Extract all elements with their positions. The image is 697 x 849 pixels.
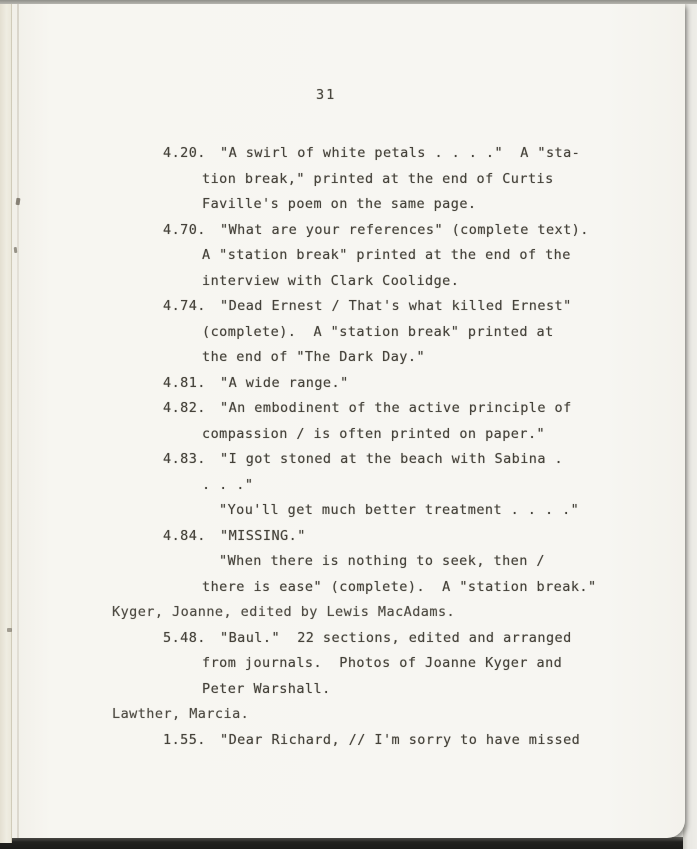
bibliography-entry-line: 4.82."An embodinent of the active princi… [0,396,697,422]
bibliography-line: Lawther, Marcia. [0,702,697,728]
entry-text: Kyger, Joanne, edited by Lewis MacAdams. [112,604,455,620]
entry-text: "When there is nothing to seek, then / [219,553,545,569]
bibliography-line: . . ." [0,473,697,499]
bibliography-line: (complete). A "station break" printed at [0,320,697,346]
entry-text: "Baul." 22 sections, edited and arranged [220,630,572,646]
bibliography-entry-line: 4.81."A wide range." [0,371,697,397]
bibliography-line: there is ease" (complete). A "station br… [0,575,697,601]
bibliography-line: "When there is nothing to seek, then / [0,549,697,575]
entry-text: (complete). A "station break" printed at [202,324,554,340]
bibliography-line: compassion / is often printed on paper." [0,422,697,448]
scan-bottom-edge [0,837,697,849]
bibliography-entry-line: 1.55."Dear Richard, // I'm sorry to have… [0,728,697,754]
entry-number: 4.81. [163,371,220,397]
entry-text: "A swirl of white petals . . . ." A "sta… [220,145,580,161]
entry-text: A "station break" printed at the end of … [202,247,571,263]
entry-number: 5.48. [163,626,220,652]
bibliography-line: A "station break" printed at the end of … [0,243,697,269]
bibliography-line: Faville's poem on the same page. [0,192,697,218]
entry-text: Peter Warshall. [202,681,331,697]
bibliography-entry-line: 4.70."What are your references" (complet… [0,218,697,244]
page-number: 31 [316,87,336,103]
entry-text: Lawther, Marcia. [112,706,249,722]
entry-number: 4.74. [163,294,220,320]
entry-text: "I got stoned at the beach with Sabina . [220,451,563,467]
bibliography-line: "You'll get much better treatment . . . … [0,498,697,524]
entry-number: 4.83. [163,447,220,473]
entry-text: interview with Clark Coolidge. [202,273,459,289]
bibliography-line: the end of "The Dark Day." [0,345,697,371]
bibliography-line: tion break," printed at the end of Curti… [0,167,697,193]
entry-text: . . ." [202,477,253,493]
entry-text: "An embodinent of the active principle o… [220,400,572,416]
bibliography-entry-line: 5.48."Baul." 22 sections, edited and arr… [0,626,697,652]
entry-text: from journals. Photos of Joanne Kyger an… [202,655,562,671]
entry-text: "You'll get much better treatment . . . … [219,502,579,518]
bibliography-text: 4.20."A swirl of white petals . . . ." A… [0,141,697,753]
bibliography-line: Peter Warshall. [0,677,697,703]
entry-text: "MISSING." [220,528,306,544]
entry-text: the end of "The Dark Day." [202,349,425,365]
entry-text: Faville's poem on the same page. [202,196,477,212]
bibliography-line: interview with Clark Coolidge. [0,269,697,295]
entry-number: 1.55. [163,728,220,754]
entry-number: 4.84. [163,524,220,550]
bibliography-entry-line: 4.74."Dead Ernest / That's what killed E… [0,294,697,320]
entry-text: "Dead Ernest / That's what killed Ernest… [220,298,572,314]
entry-number: 4.70. [163,218,220,244]
entry-text: there is ease" (complete). A "station br… [202,579,597,595]
bibliography-line: Kyger, Joanne, edited by Lewis MacAdams. [0,600,697,626]
entry-number: 4.20. [163,141,220,167]
entry-text: "What are your references" (complete tex… [220,222,589,238]
bibliography-entry-line: 4.83."I got stoned at the beach with Sab… [0,447,697,473]
entry-text: compassion / is often printed on paper." [202,426,545,442]
entry-text: "A wide range." [220,375,349,391]
bibliography-entry-line: 4.20."A swirl of white petals . . . ." A… [0,141,697,167]
scan-top-edge [0,0,697,4]
entry-text: "Dear Richard, // I'm sorry to have miss… [220,732,580,748]
bibliography-entry-line: 4.84."MISSING." [0,524,697,550]
bibliography-line: from journals. Photos of Joanne Kyger an… [0,651,697,677]
entry-text: tion break," printed at the end of Curti… [202,171,554,187]
entry-number: 4.82. [163,396,220,422]
